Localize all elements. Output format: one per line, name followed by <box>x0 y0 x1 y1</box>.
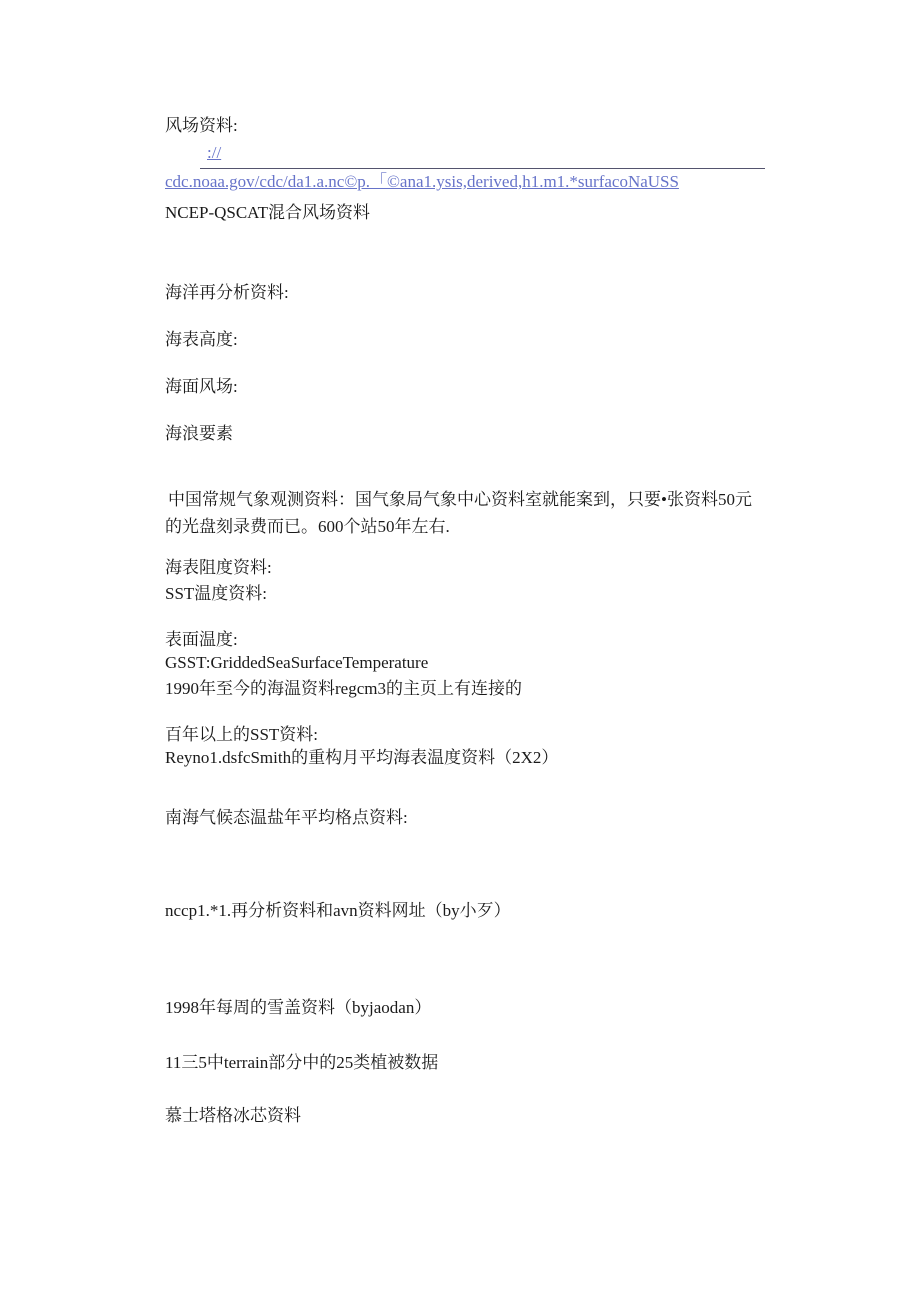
sea-surface-height-heading: 海表高度: <box>165 330 765 350</box>
wind-data-heading: 风场资料: <box>165 116 765 136</box>
sea-resistance-heading: 海表阻度资料: <box>165 558 765 578</box>
gsst-line: GSST:GriddedSeaSurfaceTemperature <box>165 653 765 673</box>
century-sst-heading: 百年以上的SST资料: <box>165 725 765 745</box>
hyperlink-scheme-line[interactable]: :// <box>200 143 765 169</box>
sea-surface-wind-heading: 海面风场: <box>165 377 765 397</box>
sst-since-1990-line: 1990年至今的海温资料regcm3的主页上有连接的 <box>165 679 765 699</box>
wave-elements-line: 海浪要素 <box>165 424 765 444</box>
snow-cover-1998-line: 1998年每周的雪盖资料（byjaodan） <box>165 998 765 1018</box>
sst-data-heading: SST温度资料: <box>165 584 765 604</box>
ncep-avn-line: nccp1.*1.再分析资料和avn资料网址（by小歹） <box>165 901 765 921</box>
noaa-data-link[interactable]: cdc.noaa.gov/cdc/da1.a.nc©p.「©ana1.ysis,… <box>165 172 765 192</box>
reynolds-smith-line: Reyno1.dsfcSmith的重构月平均海表温度资料（2X2） <box>165 748 765 768</box>
hyperlink-scheme-text[interactable]: :// <box>207 143 221 163</box>
terrain-vegetation-line: 11三5中terrain部分中的25类植被数据 <box>165 1053 765 1073</box>
ocean-reanalysis-heading: 海洋再分析资料: <box>165 283 765 303</box>
document-page: 风场资料: :// cdc.noaa.gov/cdc/da1.a.nc©p.「©… <box>0 0 920 1301</box>
scs-climatology-heading: 南海气候态温盐年平均格点资料: <box>165 808 765 828</box>
muztagh-ice-core-line: 慕士塔格冰芯资料 <box>165 1106 765 1126</box>
china-observation-paragraph: 中国常规气象观测资料：国气象局气象中心资料室就能案到，只要•张资料50元的光盘刻… <box>165 486 765 540</box>
ncep-qscat-line: NCEP-QSCAT混合风场资料 <box>165 203 765 223</box>
surface-temperature-heading: 表面温度: <box>165 630 765 650</box>
noaa-data-link-text[interactable]: cdc.noaa.gov/cdc/da1.a.nc©p.「©ana1.ysis,… <box>165 172 679 191</box>
